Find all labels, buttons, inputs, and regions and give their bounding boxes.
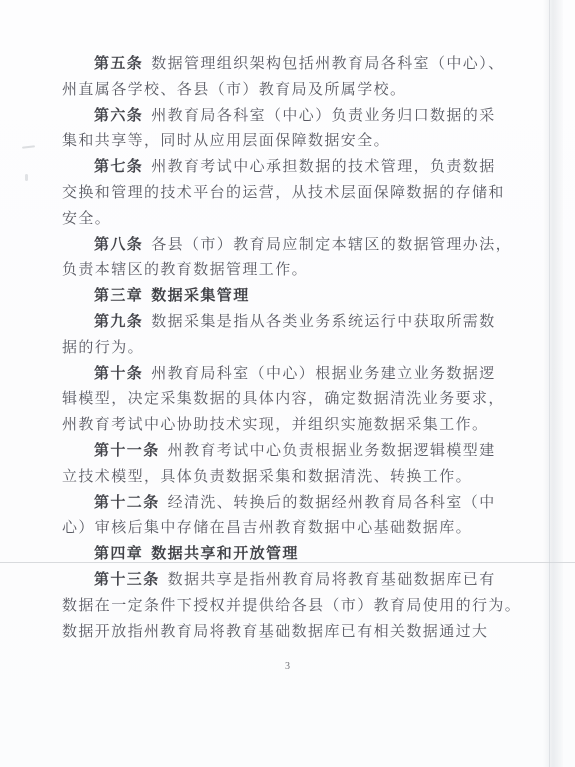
line-text: 数据采集管理	[151, 288, 249, 304]
doc-line: 负责本辖区的教育数据管理工作。	[62, 258, 522, 284]
article-number: 第九条	[94, 314, 143, 330]
scan-edge-hairline	[549, 0, 550, 767]
line-text: 立技术模型，具体负责数据采集和数据清洗、转换工作。	[62, 469, 472, 485]
line-text: 数据共享是指州教育局将教育基础数据库已有	[168, 572, 496, 588]
line-text: 州教育考试中心负责根据业务数据逻辑模型建	[168, 443, 496, 459]
line-text: 数据开放指州教育局将教育基础数据库已有相关数据通过大	[62, 624, 488, 640]
line-text: 州教育考试中心承担数据的技术管理，负责数据	[151, 159, 495, 175]
doc-line: 交换和管理的技术平台的运营，从技术层面保障数据的存储和	[62, 181, 522, 207]
article-number: 第七条	[94, 159, 143, 175]
line-text: 交换和管理的技术平台的运营，从技术层面保障数据的存储和	[62, 185, 505, 201]
scan-speck	[25, 174, 28, 181]
line-text: 州直属各学校、各县（市）教育局及所属学校。	[62, 82, 406, 98]
doc-line: 立技术模型，具体负责数据采集和数据清洗、转换工作。	[62, 465, 522, 491]
line-text: 集和共享等，同时从应用层面保障数据安全。	[62, 133, 390, 149]
scan-speck	[22, 145, 35, 148]
doc-line: 数据在一定条件下授权并提供给各县（市）教育局使用的行为。	[62, 594, 522, 620]
doc-line: 据的行为。	[62, 336, 522, 362]
line-text: 辑模型，决定采集数据的具体内容，确定数据清洗业务要求，	[62, 391, 505, 407]
doc-line: 第十条州教育局科室（中心）根据业务建立业务数据逻	[62, 362, 522, 388]
scan-edge-shadow	[543, 0, 563, 767]
line-text: 安全。	[62, 211, 111, 227]
article-number: 第十二条	[94, 495, 160, 511]
scan-line-artifact	[0, 562, 575, 563]
article-number: 第五条	[94, 56, 143, 72]
doc-line: 第八条各县（市）教育局应制定本辖区的数据管理办法，	[62, 233, 522, 259]
chapter-heading: 第四章数据共享和开放管理	[62, 542, 522, 568]
article-number: 第六条	[94, 108, 143, 124]
doc-line: 第五条数据管理组织架构包括州教育局各科室（中心）、	[62, 52, 522, 78]
doc-line: 第十三条数据共享是指州教育局将教育基础数据库已有	[62, 568, 522, 594]
scanned-document-page: 第五条数据管理组织架构包括州教育局各科室（中心）、州直属各学校、各县（市）教育局…	[0, 0, 575, 767]
article-number: 第八条	[94, 237, 143, 253]
doc-line: 第九条数据采集是指从各类业务系统运行中获取所需数	[62, 310, 522, 336]
doc-line: 集和共享等，同时从应用层面保障数据安全。	[62, 129, 522, 155]
doc-line: 心）审核后集中存储在昌吉州教育数据中心基础数据库。	[62, 516, 522, 542]
line-text: 数据共享和开放管理	[151, 546, 299, 562]
doc-line: 州直属各学校、各县（市）教育局及所属学校。	[62, 78, 522, 104]
doc-line: 第七条州教育考试中心承担数据的技术管理，负责数据	[62, 155, 522, 181]
doc-line: 安全。	[62, 207, 522, 233]
doc-line: 数据开放指州教育局将教育基础数据库已有相关数据通过大	[62, 620, 522, 646]
line-text: 数据管理组织架构包括州教育局各科室（中心）、	[151, 56, 504, 72]
article-number: 第十三条	[94, 572, 160, 588]
chapter-number: 第三章	[94, 288, 143, 304]
doc-line: 第十二条经清洗、转换后的数据经州教育局各科室（中	[62, 491, 522, 517]
chapter-number: 第四章	[94, 546, 143, 562]
doc-line: 第六条州教育局各科室（中心）负责业务归口数据的采	[62, 104, 522, 130]
line-text: 各县（市）教育局应制定本辖区的数据管理办法，	[151, 237, 512, 253]
chapter-heading: 第三章数据采集管理	[62, 284, 522, 310]
line-text: 州教育局各科室（中心）负责业务归口数据的采	[151, 108, 495, 124]
line-text: 心）审核后集中存储在昌吉州教育数据中心基础数据库。	[62, 520, 472, 536]
doc-line: 第十一条州教育考试中心负责根据业务数据逻辑模型建	[62, 439, 522, 465]
line-text: 经清洗、转换后的数据经州教育局各科室（中	[168, 495, 496, 511]
line-text: 州教育局科室（中心）根据业务建立业务数据逻	[151, 366, 495, 382]
line-text: 数据采集是指从各类业务系统运行中获取所需数	[151, 314, 495, 330]
document-text-block: 第五条数据管理组织架构包括州教育局各科室（中心）、州直属各学校、各县（市）教育局…	[62, 52, 522, 645]
line-text: 州教育考试中心协助技术实现，并组织实施数据采集工作。	[62, 417, 488, 433]
article-number: 第十一条	[94, 443, 160, 459]
article-number: 第十条	[94, 366, 143, 382]
line-text: 据的行为。	[62, 340, 144, 356]
doc-line: 州教育考试中心协助技术实现，并组织实施数据采集工作。	[62, 413, 522, 439]
page-number: 3	[0, 661, 575, 673]
line-text: 数据在一定条件下授权并提供给各县（市）教育局使用的行为。	[62, 598, 521, 614]
line-text: 负责本辖区的教育数据管理工作。	[62, 262, 308, 278]
doc-line: 辑模型，决定采集数据的具体内容，确定数据清洗业务要求，	[62, 387, 522, 413]
